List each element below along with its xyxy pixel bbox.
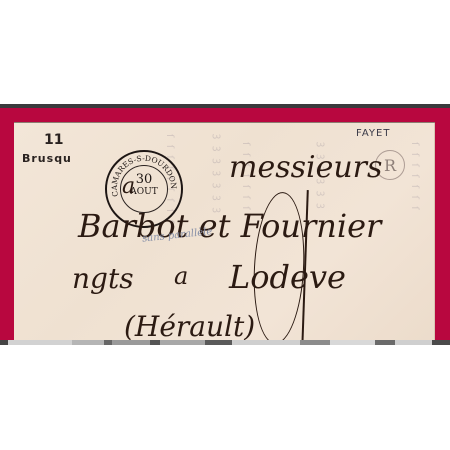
address-line-3-prefix: ngts bbox=[72, 262, 134, 295]
origin-number-mark: 11 bbox=[44, 132, 63, 148]
expert-signature-mark: FAYET bbox=[356, 128, 390, 139]
origin-town-mark: Brusqu bbox=[22, 152, 72, 165]
address-prefix: a bbox=[122, 174, 135, 199]
letter-paper: ſ ſ ſ ſ ſ ſ ſ ſ ſ ꝫ ꝫ ꝫ ꝫ ꝫ ꝫ ꝫ ſ ſ ſ ſ … bbox=[14, 122, 435, 340]
address-line-3-connector: a bbox=[174, 262, 188, 290]
postmark-month: AOUT bbox=[107, 187, 181, 197]
address-line-1: messieurs bbox=[229, 150, 382, 185]
postmark-day: 30 bbox=[107, 172, 181, 187]
address-line-2: Barbot et Fournier bbox=[78, 207, 381, 245]
bottom-border-strip bbox=[0, 340, 450, 345]
address-line-4: (Hérault) bbox=[124, 310, 255, 340]
bleed-through-text: ſ ſ ſ ſ ſ ſ ſ bbox=[409, 142, 420, 340]
